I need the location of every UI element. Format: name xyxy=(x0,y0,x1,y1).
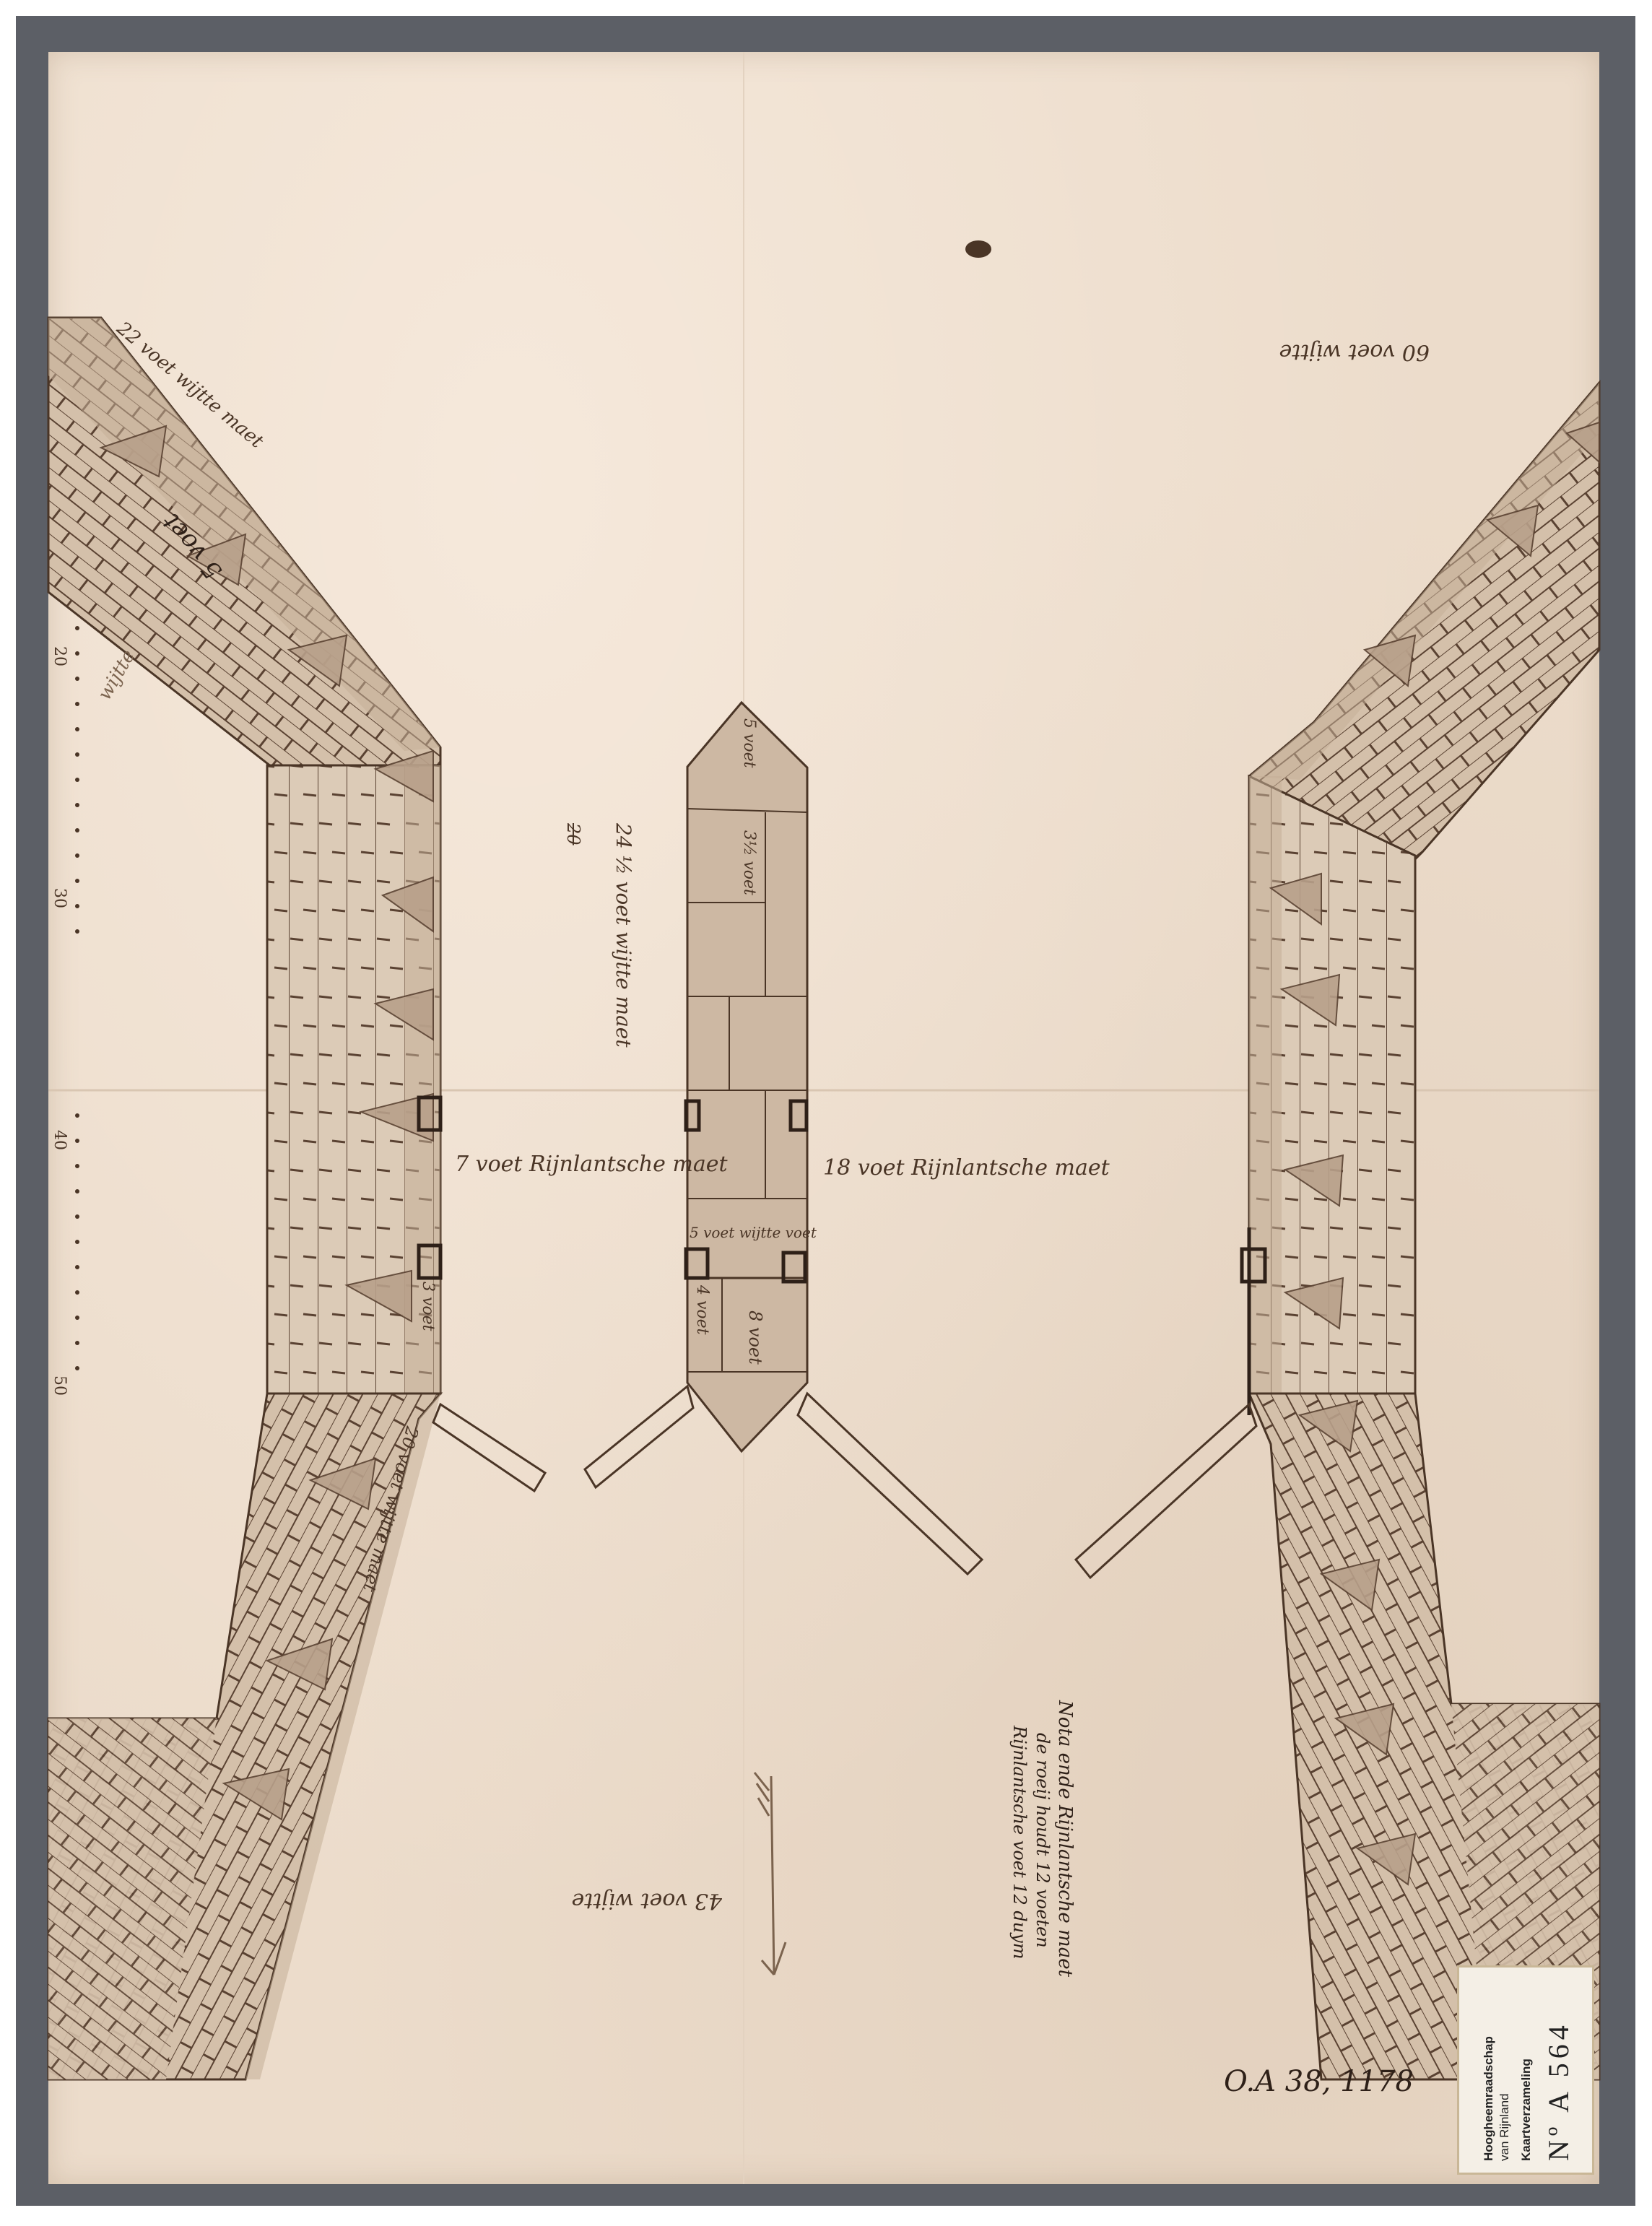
scale-tick-50: 50 xyxy=(51,1375,69,1396)
note-line-3: Rijnlantsche voet 12 duym xyxy=(1009,1726,1030,1960)
label-catalog-number: Nº A 564 xyxy=(1542,1968,1575,2161)
sluice-gates xyxy=(433,1386,1256,1578)
annotation-channel-width-vertical: 24 ½ voet wijtte maet xyxy=(612,823,635,1048)
annotation-pier-mid: 5 voet wijtte voet xyxy=(690,1224,817,1241)
right-wing-wall xyxy=(1242,383,1599,2079)
annotation-left-wall-pier: 3 voet xyxy=(419,1282,437,1331)
scale-tick-40: 40 xyxy=(51,1130,69,1150)
annotation-struck-number: 20 xyxy=(563,823,583,845)
annotation-bottom-width: 43 voet wijtte xyxy=(571,1888,722,1913)
scale-tick-30: 30 xyxy=(51,888,69,908)
annotation-left-channel-width: 7 voet Rijnlantsche maet xyxy=(455,1152,728,1177)
label-institution: Hoogheemraadschap xyxy=(1481,1968,1497,2161)
sluice-plan-drawing xyxy=(0,0,1652,2226)
label-collection: Kaartverzameling xyxy=(1518,1968,1534,2161)
note-line-2: de roeij houdt 12 voeten xyxy=(1032,1733,1053,1948)
scale-tick-20: 20 xyxy=(51,646,69,666)
left-wing-wall xyxy=(48,318,440,2079)
margin-scale xyxy=(75,626,79,1370)
annotation-pier-upper: 3½ voet xyxy=(740,830,758,895)
archive-reference-number: O.A 38, 1178 xyxy=(1224,2065,1414,2098)
label-region: van Rijnland xyxy=(1497,1968,1513,2161)
annotation-pier-lower-right: 8 voet xyxy=(745,1310,765,1365)
annotation-top-right-width: 60 voet wijtte xyxy=(1279,339,1430,365)
annotation-pier-lower-left: 4 voet xyxy=(693,1285,711,1335)
annotation-right-channel-width: 18 voet Rijnlantsche maet xyxy=(823,1155,1110,1181)
flow-direction-arrow-icon xyxy=(755,1773,786,1975)
archive-label: Hoogheemraadschap van Rijnland Kaartverz… xyxy=(1457,1965,1594,2175)
ink-blot xyxy=(965,240,991,258)
note-line-1: Nota ende Rijnlantsche maet xyxy=(1054,1700,1076,1977)
annotation-pier-top: 5 voet xyxy=(740,718,758,768)
